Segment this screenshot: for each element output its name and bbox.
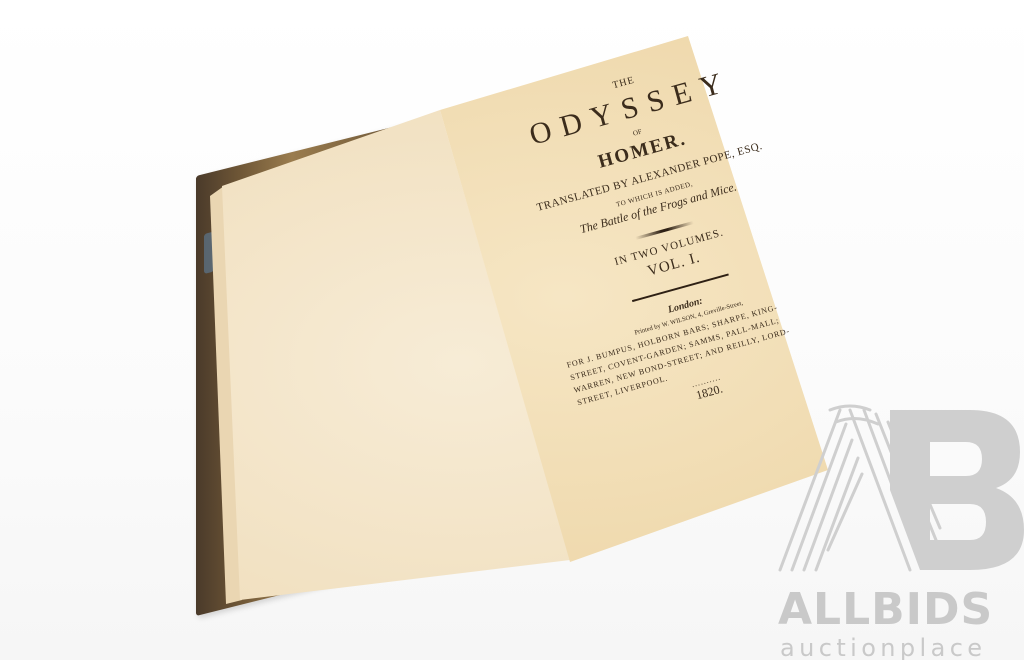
allbids-watermark: ALLBIDS auctionplace xyxy=(770,400,1024,660)
allbids-fingerprint-logo-icon xyxy=(770,400,1024,580)
watermark-tagline: auctionplace xyxy=(780,636,1024,660)
watermark-brand: ALLBIDS xyxy=(778,588,1024,632)
